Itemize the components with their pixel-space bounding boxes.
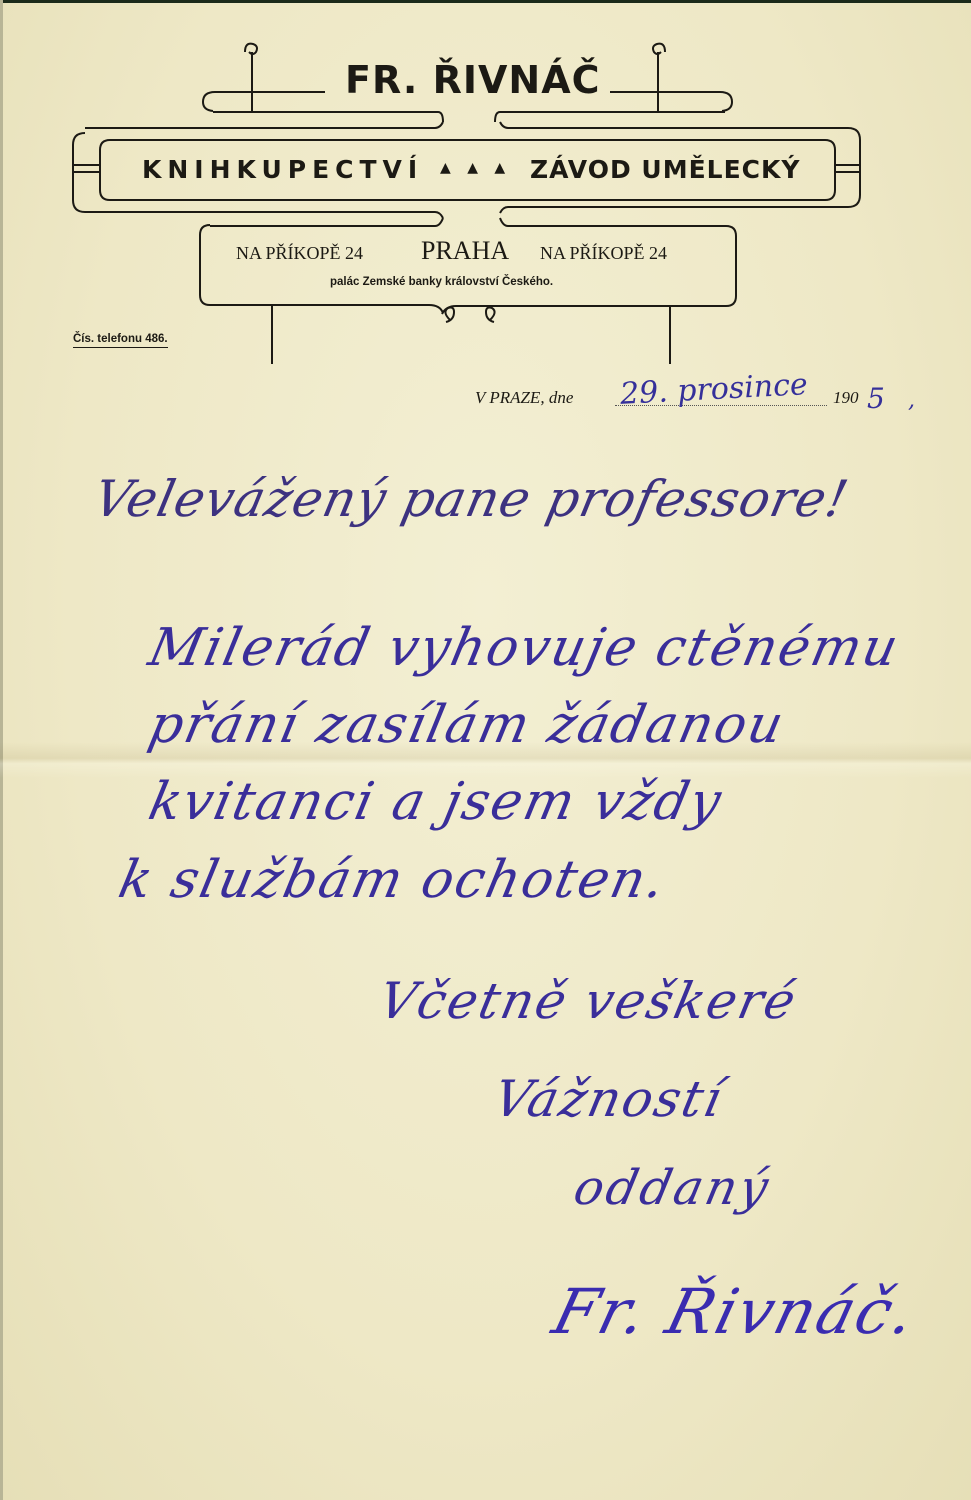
dateline-prefix: V PRAZE, dne bbox=[475, 388, 573, 408]
date-comma: , bbox=[908, 388, 915, 413]
business-bookshop: KNIHKUPECTVÍ bbox=[142, 155, 423, 184]
right-swirl bbox=[486, 308, 495, 323]
body-line: přání zasílám žádanou bbox=[144, 695, 791, 755]
top-right-scroll-ornament bbox=[610, 44, 732, 112]
address-right: NA PŘÍKOPĚ 24 bbox=[540, 243, 667, 264]
triangle-separator-icon: ▲ ▲ ▲ bbox=[440, 160, 511, 176]
phone-number: Čís. telefonu 486. bbox=[73, 333, 168, 348]
business-art-studio: ZÁVOD UMĚLECKÝ bbox=[530, 155, 800, 184]
left-swirl bbox=[445, 308, 454, 323]
body-line: k službám ochoten. bbox=[114, 850, 672, 910]
building-name: palác Zemské banky království Českého. bbox=[330, 276, 553, 288]
address-left: NA PŘÍKOPĚ 24 bbox=[236, 243, 363, 264]
handwritten-year-digit: 5 bbox=[867, 382, 885, 415]
salutation: Velevážený pane professore! bbox=[89, 470, 854, 528]
closing-line: oddaný bbox=[569, 1160, 776, 1216]
top-left-scroll-ornament bbox=[203, 44, 325, 112]
body-line: kvitanci a jsem vždy bbox=[144, 772, 728, 832]
body-line: Milerád vyhovuje ctěnému bbox=[144, 618, 905, 678]
closing-line: Včetně veškeré bbox=[374, 972, 803, 1030]
year-prefix: 190 bbox=[833, 388, 859, 408]
address-city: PRAHA bbox=[421, 236, 509, 266]
closing-line: Vážností bbox=[489, 1070, 729, 1128]
signature: Fr. Řivnáč. bbox=[546, 1275, 924, 1348]
company-name: FR. ŘIVNÁČ bbox=[345, 58, 601, 102]
